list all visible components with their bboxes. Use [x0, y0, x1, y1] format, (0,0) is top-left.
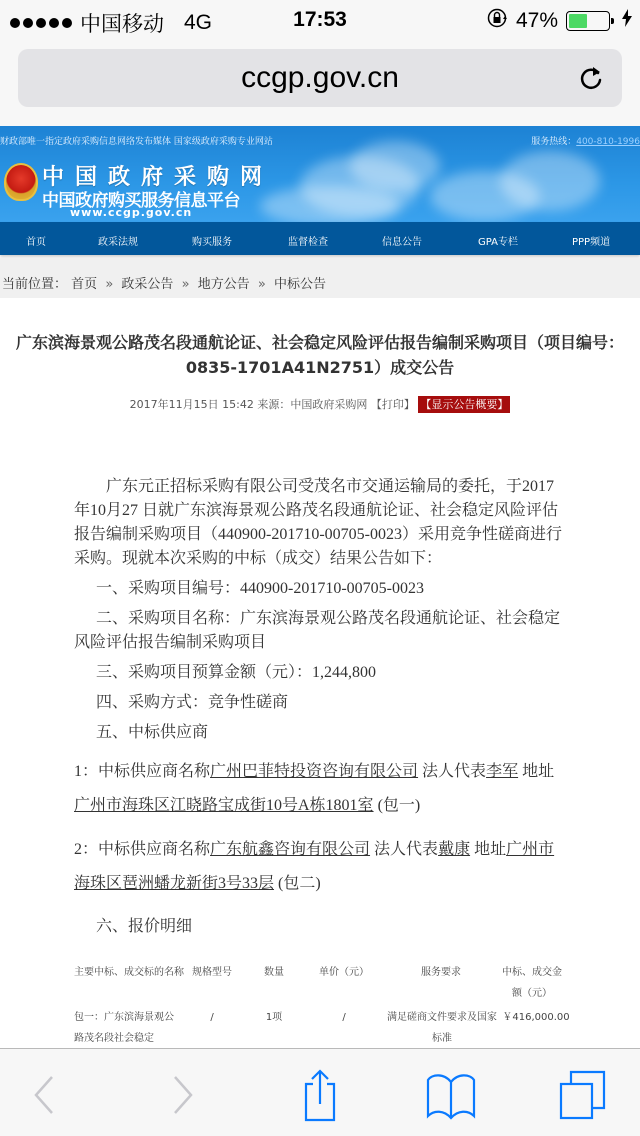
item-project-name: 二、采购项目名称：广东滨海景观公路茂名段通航论证、社会稳定风险评估报告编制采购项… [74, 607, 564, 655]
url-text[interactable]: ccgp.gov.cn [241, 61, 399, 95]
national-emblem-icon [4, 163, 38, 201]
nav-item-ppp[interactable]: PPP频道 [572, 233, 610, 248]
cell-service: 满足磋商文件要求及国家标准 [386, 1007, 498, 1049]
site-tagline: 财政部唯一指定政府采购信息网络发布媒体 国家级政府采购专业网站 [0, 134, 273, 147]
col-header-qty: 数量 [254, 962, 294, 983]
col-header-item: 主要中标、成交标的名称 [74, 962, 184, 983]
breadcrumb-item-home[interactable]: 首页 [71, 277, 97, 292]
browser-toolbar [0, 1048, 640, 1136]
supplier-1: 1：中标供应商名称广州巴菲特投资咨询有限公司 法人代表李军 地址广州市海珠区江晓… [74, 755, 564, 823]
breadcrumb-separator: » [105, 277, 113, 292]
col-header-service: 服务要求 [386, 962, 496, 983]
article-body: 广东元正招标采购有限公司受茂名市交通运输局的委托，于2017 年10月27 日就… [74, 475, 564, 939]
breadcrumb: 当前位置： 首页 » 政采公告 » 地方公告 » 中标公告 [2, 273, 326, 292]
quote-table-header: 主要中标、成交标的名称 规格型号 数量 单价（元） 服务要求 中标、成交金额（元… [74, 962, 564, 1006]
supplier-1-rep: 李军 [486, 763, 518, 780]
battery-icon [566, 11, 610, 31]
supplier-1-name: 广州巴菲特投资咨询有限公司 [210, 763, 418, 780]
article-title: 广东滨海景观公路茂名段通航论证、社会稳定风险评估报告编制采购项目（项目编号：08… [0, 330, 640, 380]
cell-qty: 1项 [254, 1007, 294, 1028]
col-header-amount: 中标、成交金额（元） [500, 962, 564, 1004]
supplier-1-address: 广州市海珠区江晓路宝成街10号A栋1801室 [74, 797, 374, 814]
breadcrumb-item-award[interactable]: 中标公告 [274, 277, 326, 292]
nav-item-supervision[interactable]: 监督检查 [288, 233, 328, 248]
article-meta: 2017年11月15日 15:42 来源：中国政府采购网 【打印】 【显示公告概… [0, 396, 640, 412]
breadcrumb-item-local[interactable]: 地方公告 [198, 277, 250, 292]
nav-item-gpa[interactable]: GPA专栏 [478, 233, 518, 248]
share-icon[interactable] [292, 1069, 348, 1121]
source: 中国政府采购网 [290, 398, 367, 411]
nav-item-home[interactable]: 首页 [26, 233, 46, 248]
address-bar[interactable]: ccgp.gov.cn [18, 49, 622, 107]
back-icon[interactable] [16, 1069, 72, 1121]
site-header-banner: 财政部唯一指定政府采购信息网络发布媒体 国家级政府采购专业网站 服务热线：400… [0, 126, 640, 222]
hotline-label: 服务热线： [531, 137, 576, 147]
browser-chrome: ccgp.gov.cn [0, 40, 640, 126]
bookmarks-icon[interactable] [423, 1069, 479, 1121]
cell-spec: / [182, 1007, 242, 1028]
hotline: 服务热线：400-810-1996 [531, 134, 640, 147]
section-quote-details-heading: 六、报价明细 [96, 915, 564, 939]
orientation-lock-icon [486, 7, 508, 35]
charging-icon [622, 9, 632, 33]
battery-percent: 47% [516, 9, 558, 33]
cell-amount: ￥416,000.00 [498, 1007, 574, 1028]
col-header-unit-price: 单价（元） [314, 962, 374, 983]
nav-item-purchase-services[interactable]: 购买服务 [192, 233, 232, 248]
supplier-2: 2：中标供应商名称广东航鑫咨询有限公司 法人代表戴康 地址广州市海珠区琶洲蟠龙新… [74, 833, 564, 901]
main-nav: 首页 政采法规 购买服务 监督检查 信息公告 GPA专栏 PPP频道 [0, 222, 640, 255]
breadcrumb-prefix: 当前位置： [2, 277, 67, 292]
item-project-number: 一、采购项目编号：440900-201710-00705-0023 [96, 577, 564, 601]
intro-paragraph: 广东元正招标采购有限公司受茂名市交通运输局的委托，于2017 年10月27 日就… [74, 475, 564, 571]
source-label: 来源： [257, 398, 290, 411]
cell-unit-price: / [314, 1007, 374, 1028]
nav-item-announcements[interactable]: 信息公告 [382, 233, 422, 248]
cell-item: 包一：广东滨海景观公路茂名段社会稳定 [74, 1007, 182, 1049]
supplier-2-rep: 戴康 [438, 841, 470, 858]
hotline-number[interactable]: 400-810-1996 [576, 137, 640, 147]
item-method: 四、采购方式：竞争性磋商 [96, 691, 564, 715]
publish-date: 2017年11月15日 15:42 [130, 398, 254, 411]
col-header-spec: 规格型号 [182, 962, 242, 983]
item-budget: 三、采购项目预算金额（元）：1,244,800 [96, 661, 564, 685]
quote-table-row: 包一：广东滨海景观公路茂名段社会稳定 / 1项 / 满足磋商文件要求及国家标准 … [74, 1007, 564, 1049]
item-suppliers-heading: 五、中标供应商 [96, 721, 564, 745]
print-link[interactable]: 【打印】 [371, 398, 415, 411]
breadcrumb-item-procurement[interactable]: 政采公告 [121, 277, 173, 292]
show-summary-button[interactable]: 【显示公告概要】 [418, 396, 510, 413]
reload-icon[interactable] [576, 63, 606, 93]
status-bar: 中国移动 4G 17:53 47% [0, 0, 640, 40]
tabs-icon[interactable] [555, 1069, 611, 1121]
breadcrumb-separator: » [182, 277, 190, 292]
forward-icon[interactable] [155, 1069, 211, 1121]
supplier-2-name: 广东航鑫咨询有限公司 [210, 841, 370, 858]
site-logo-url: www.ccgp.gov.cn [70, 206, 192, 219]
breadcrumb-bar: 当前位置： 首页 » 政采公告 » 地方公告 » 中标公告 [0, 258, 640, 298]
breadcrumb-separator: » [258, 277, 266, 292]
nav-item-regulations[interactable]: 政采法规 [98, 233, 138, 248]
